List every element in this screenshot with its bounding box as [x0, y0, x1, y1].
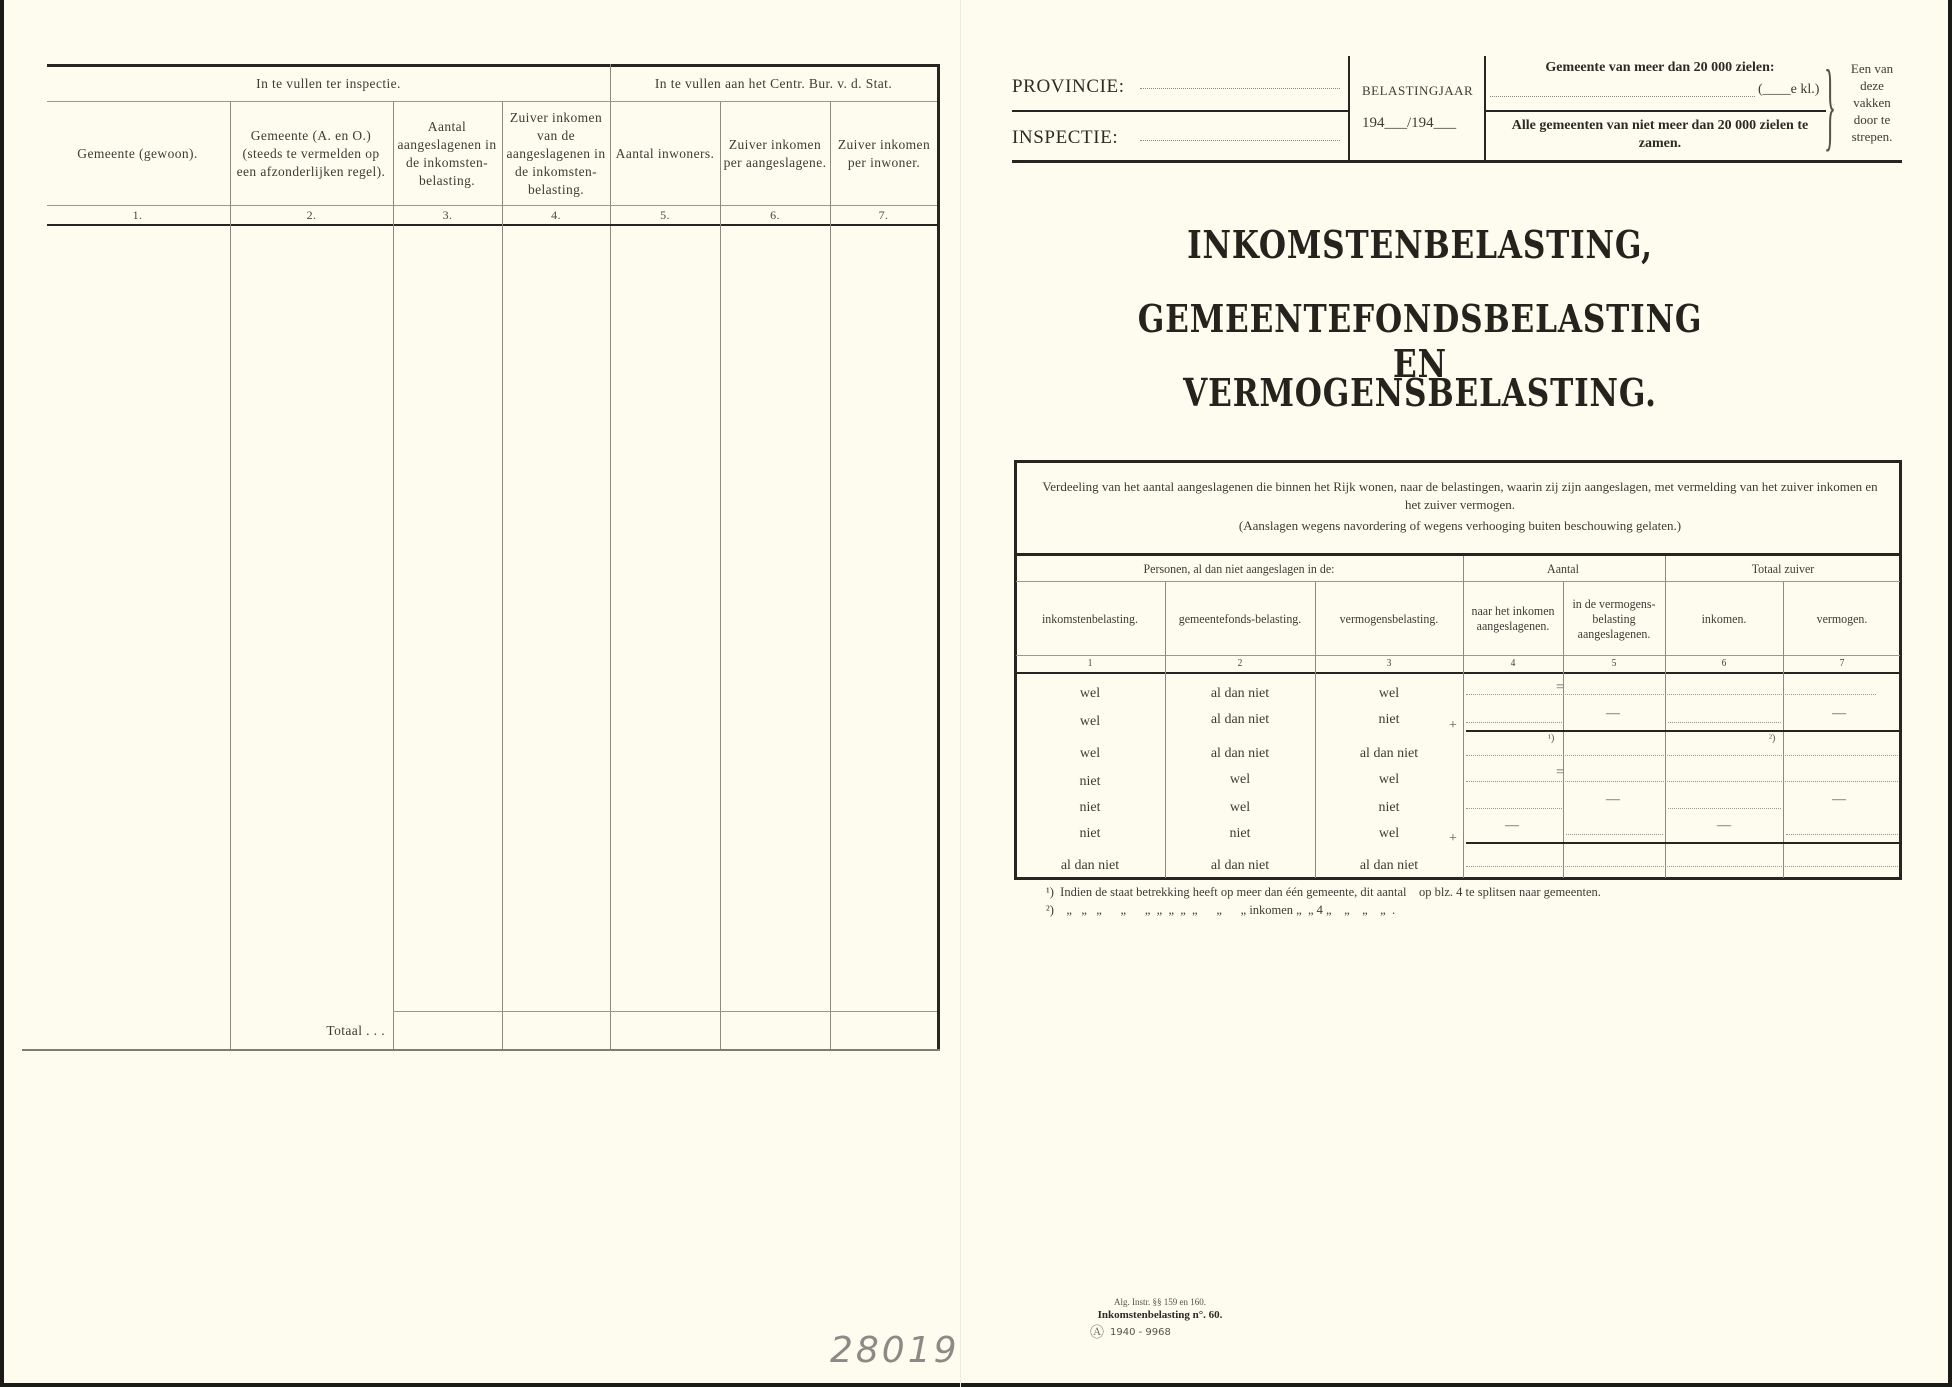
footnote-1: ¹) Indien de staat betrekking heeft op m… [1046, 885, 1601, 900]
header-bottom-rule [1012, 160, 1902, 163]
option-large-label: Gemeente van meer dan 20 000 zielen: [1490, 60, 1830, 76]
entry-line[interactable] [1466, 781, 1898, 782]
total-label: Totaal . . . [230, 1012, 393, 1050]
group-header-personen: Personen, al dan niet aangeslagen in de: [1034, 556, 1444, 580]
equals-sign-icon: = [1556, 765, 1564, 781]
row-2-col-2: al dan niet [1165, 712, 1315, 728]
minus-sign-icon: — [1606, 706, 1620, 722]
inspectie-label: INSPECTIE: [1012, 127, 1118, 149]
total-cell-6[interactable] [722, 1014, 828, 1048]
total-cell-7[interactable] [832, 1014, 936, 1048]
group-header-cbs: In te vullen aan het Centr. Bur. v. d. S… [610, 67, 937, 101]
rule [393, 1011, 937, 1012]
rcol-number-1: 1 [1022, 656, 1158, 671]
rcol-number-6: 6 [1671, 656, 1778, 671]
rule [1486, 110, 1826, 112]
footnote-ref-2: ²) [1769, 733, 1775, 744]
row-7-col-1: al dan niet [1015, 858, 1165, 874]
col-number-5: 5. [610, 206, 720, 224]
sum-rule [1466, 842, 1900, 844]
rcol-header-2: gemeentefonds-belasting. [1172, 582, 1308, 654]
col-divider [502, 102, 503, 1050]
minus-sign-icon: — [1505, 818, 1519, 834]
col-header-4: Zuiver inkomen van de aangeslagenen in d… [503, 102, 609, 205]
total-cell-4[interactable] [504, 1014, 608, 1048]
handwritten-archive-number: 28019 [830, 1330, 960, 1371]
group-header-totaal: Totaal zuiver [1674, 556, 1891, 580]
row-2-col-1: wel [1015, 714, 1165, 730]
minus-sign-icon: — [1717, 818, 1731, 834]
col-number-3: 3. [393, 206, 502, 224]
plus-sign-icon: + [1449, 718, 1457, 734]
footnote-2: ²) „ „ „ „ „ „ „ „ „ „ „ inkomen „ „ 4 „… [1046, 903, 1395, 918]
group-header-inspectie: In te vullen ter inspectie. [47, 67, 610, 101]
col-number-4: 4. [502, 206, 610, 224]
entry-line[interactable] [1466, 808, 1562, 809]
total-cell-3[interactable] [395, 1014, 500, 1048]
table-intro: Verdeeling van het aantal aangeslagenen … [1040, 478, 1880, 514]
table-intro-note: (Aanslagen wegens navordering of wegens … [1040, 518, 1880, 534]
row-1-col-1: wel [1015, 686, 1165, 702]
rcol-header-4: naar het inkomen aangeslagenen. [1468, 582, 1558, 654]
print-mark: Ⓐ 1940 - 9968 [1090, 1322, 1171, 1342]
plus-sign-icon: + [1449, 831, 1457, 847]
rule [1012, 110, 1348, 112]
sum-rule [1466, 730, 1900, 732]
bottom-rule [22, 1049, 940, 1051]
col-number-1: 1. [47, 206, 228, 224]
col-header-7: Zuiver inkomen per inwoner. [832, 102, 936, 205]
class-field[interactable]: (____e kl.) [1758, 82, 1819, 98]
entry-line[interactable] [1466, 866, 1898, 867]
right-border [937, 64, 940, 1050]
page-fold [960, 0, 961, 1387]
col-divider [830, 102, 831, 1050]
minus-sign-icon: — [1832, 792, 1846, 808]
row-3-col-1: wel [1015, 746, 1165, 762]
belastingjaar-label: BELASTINGJAAR [1362, 83, 1473, 99]
divider [1484, 56, 1486, 160]
col-number-2: 2. [230, 206, 393, 224]
rule [1016, 672, 1900, 674]
title-line-3: VERMOGENSBELASTING. [1108, 370, 1731, 415]
entry-line[interactable] [1566, 834, 1663, 835]
rcol-header-5: in de vermogens-belasting aangeslagenen. [1568, 582, 1660, 654]
option-small-label: Alle gemeenten van niet meer dan 20 000 … [1490, 117, 1830, 153]
row-6-col-3: wel [1314, 826, 1464, 842]
entry-line[interactable] [1668, 722, 1781, 723]
col-header-6: Zuiver inkomen per aangeslagene. [722, 102, 828, 205]
print-code: 1940 - 9968 [1110, 1327, 1171, 1338]
belastingjaar-field[interactable]: 194___/194___ [1362, 115, 1456, 132]
col-divider [393, 102, 394, 1050]
printer-logo-icon: Ⓐ [1090, 1322, 1104, 1342]
strike-note: Een van deze vakken door te strepen. [1842, 60, 1902, 145]
rcol-header-6: inkomen. [1671, 582, 1778, 654]
col-header-2: Gemeente (A. en O.) (steeds te vermelden… [232, 102, 390, 205]
rcol-number-5: 5 [1568, 656, 1660, 671]
col-header-1: Gemeente (gewoon). [47, 102, 228, 205]
row-1-col-2: al dan niet [1165, 686, 1315, 702]
provincie-label: PROVINCIE: [1012, 76, 1125, 98]
total-cell-5[interactable] [612, 1014, 718, 1048]
row-2-col-3: niet [1314, 712, 1464, 728]
row-1-col-3: wel [1314, 686, 1464, 702]
equals-sign-icon: = [1556, 680, 1564, 696]
instruction-ref: Alg. Instr. §§ 159 en 160. [1040, 1297, 1280, 1307]
entry-line[interactable] [1786, 834, 1898, 835]
entry-line[interactable] [1668, 808, 1781, 809]
title-line-1: INKOMSTENBELASTING, [1108, 222, 1731, 267]
row-5-col-1: niet [1015, 800, 1165, 816]
row-4-col-3: wel [1314, 772, 1464, 788]
entry-line[interactable] [1466, 694, 1876, 695]
entry-line[interactable] [1466, 722, 1562, 723]
row-7-col-2: al dan niet [1165, 858, 1315, 874]
rcol-number-3: 3 [1322, 656, 1456, 671]
row-5-col-2: wel [1165, 800, 1315, 816]
entry-line[interactable] [1466, 755, 1898, 756]
rcol-header-3: vermogensbelasting. [1322, 582, 1456, 654]
row-4-col-1: niet [1015, 774, 1165, 790]
minus-sign-icon: — [1832, 706, 1846, 722]
row-4-col-2: wel [1165, 772, 1315, 788]
row-6-col-1: niet [1015, 826, 1165, 842]
col-divider [1665, 556, 1666, 878]
form-number: Inkomstenbelasting n°. 60. [1040, 1309, 1280, 1321]
row-6-col-2: niet [1165, 826, 1315, 842]
col-divider [230, 102, 231, 1050]
col-header-3: Aantal aangeslagenen in de inkomsten-bel… [394, 102, 500, 205]
col-number-7: 7. [830, 206, 937, 224]
col-divider [720, 102, 721, 1050]
rcol-number-4: 4 [1468, 656, 1558, 671]
row-5-col-3: niet [1314, 800, 1464, 816]
row-3-col-3: al dan niet [1314, 746, 1464, 762]
col-number-6: 6. [720, 206, 830, 224]
brace-icon: } [1824, 55, 1836, 155]
row-3-col-2: al dan niet [1165, 746, 1315, 762]
gemeente-name-field[interactable] [1490, 96, 1755, 97]
divider [1348, 56, 1350, 160]
provincie-field[interactable] [1140, 88, 1340, 89]
row-7-col-3: al dan niet [1314, 858, 1464, 874]
rule [47, 224, 937, 226]
rcol-number-7: 7 [1789, 656, 1896, 671]
footnote-ref-1: ¹) [1548, 733, 1554, 744]
inspectie-field[interactable] [1140, 140, 1340, 141]
rcol-number-2: 2 [1172, 656, 1308, 671]
rcol-header-1: inkomstenbelasting. [1022, 582, 1158, 654]
minus-sign-icon: — [1606, 792, 1620, 808]
rcol-header-7: vermogen. [1789, 582, 1896, 654]
group-header-aantal: Aantal [1471, 556, 1655, 580]
col-header-5: Aantal inwoners. [612, 102, 718, 205]
